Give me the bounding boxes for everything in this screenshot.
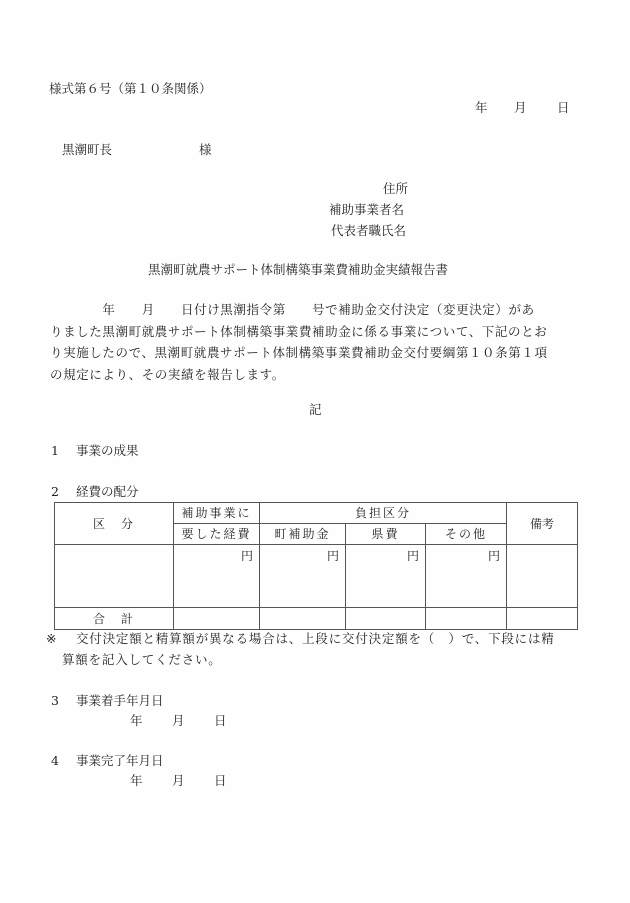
date-year-label: 年 xyxy=(475,102,488,115)
note-mark: ※ xyxy=(46,633,56,646)
section-number: 2 xyxy=(51,486,59,499)
prefecture-cell[interactable]: 円 xyxy=(346,545,426,608)
town-subsidy-cell[interactable]: 円 xyxy=(260,545,346,608)
body-line: りました黒潮町就農サポート体制構築事業費補助金に係る事業について、下記のとお xyxy=(50,321,582,343)
expense-cell[interactable]: 円 xyxy=(174,545,260,608)
total-label: 合 計 xyxy=(55,608,174,630)
category-cell[interactable] xyxy=(55,545,174,608)
header-prefecture: 県費 xyxy=(346,524,426,545)
representative-label: 代表者職氏名 xyxy=(331,225,406,238)
header-other: その他 xyxy=(426,524,507,545)
total-remarks-cell[interactable] xyxy=(507,608,578,630)
section-number: 4 xyxy=(51,755,59,768)
expense-table: 区 分 補助事業に 負担区分 備考 要した経費 町補助金 県費 その他 円 円 … xyxy=(54,502,578,630)
start-day-label: 日 xyxy=(214,715,227,728)
header-category: 区 分 xyxy=(55,503,174,545)
body-line: 年 月 日付け黒潮指令第 号で補助金交付決定（変更決定）があ xyxy=(50,299,582,321)
document-title: 黒潮町就農サポート体制構築事業費補助金実績報告書 xyxy=(148,264,448,277)
section-label: 経費の配分 xyxy=(76,486,139,499)
ki-heading: 記 xyxy=(309,404,322,417)
remarks-cell[interactable] xyxy=(507,545,578,608)
header-expense-line1: 補助事業に xyxy=(174,503,260,524)
header-expense-line2: 要した経費 xyxy=(174,524,260,545)
body-paragraph: 年 月 日付け黒潮指令第 号で補助金交付決定（変更決定）があ りました黒潮町就農… xyxy=(50,299,582,385)
body-line: り実施したので、黒潮町就農サポート体制構築事業費補助金交付要綱第１０条第１項 xyxy=(50,342,582,364)
section-label: 事業の成果 xyxy=(76,445,139,458)
note-line1: 交付決定額と精算額が異なる場合は、上段に交付決定額を（ ）で、下段には精 xyxy=(76,633,555,646)
form-number: 様式第６号（第１０条関係） xyxy=(49,83,212,96)
end-year-label: 年 xyxy=(130,775,143,788)
total-prefecture-cell[interactable] xyxy=(346,608,426,630)
addressee-name: 黒潮町長 xyxy=(62,144,112,157)
other-cell[interactable]: 円 xyxy=(426,545,507,608)
total-town-subsidy-cell[interactable] xyxy=(260,608,346,630)
section-number: 1 xyxy=(51,445,59,458)
header-town-subsidy: 町補助金 xyxy=(260,524,346,545)
total-row: 合 計 xyxy=(55,608,578,630)
section-label: 事業着手年月日 xyxy=(76,695,164,708)
start-month-label: 月 xyxy=(172,715,185,728)
address-label: 住所 xyxy=(383,183,408,196)
section-number: 3 xyxy=(51,695,59,708)
end-month-label: 月 xyxy=(172,775,185,788)
business-name-label: 補助事業者名 xyxy=(329,204,404,217)
note-line2: 算額を記入してください。 xyxy=(62,654,222,667)
header-burden: 負担区分 xyxy=(260,503,507,524)
total-other-cell[interactable] xyxy=(426,608,507,630)
start-year-label: 年 xyxy=(130,715,143,728)
total-expense-cell[interactable] xyxy=(174,608,260,630)
date-day-label: 日 xyxy=(557,102,570,115)
body-line: の規定により、その実績を報告します。 xyxy=(50,364,582,386)
section-label: 事業完了年月日 xyxy=(76,755,164,768)
header-remarks: 備考 xyxy=(507,503,578,545)
end-day-label: 日 xyxy=(214,775,227,788)
date-month-label: 月 xyxy=(514,102,527,115)
table-row: 円 円 円 円 xyxy=(55,545,578,608)
addressee-honorific: 様 xyxy=(199,144,212,157)
